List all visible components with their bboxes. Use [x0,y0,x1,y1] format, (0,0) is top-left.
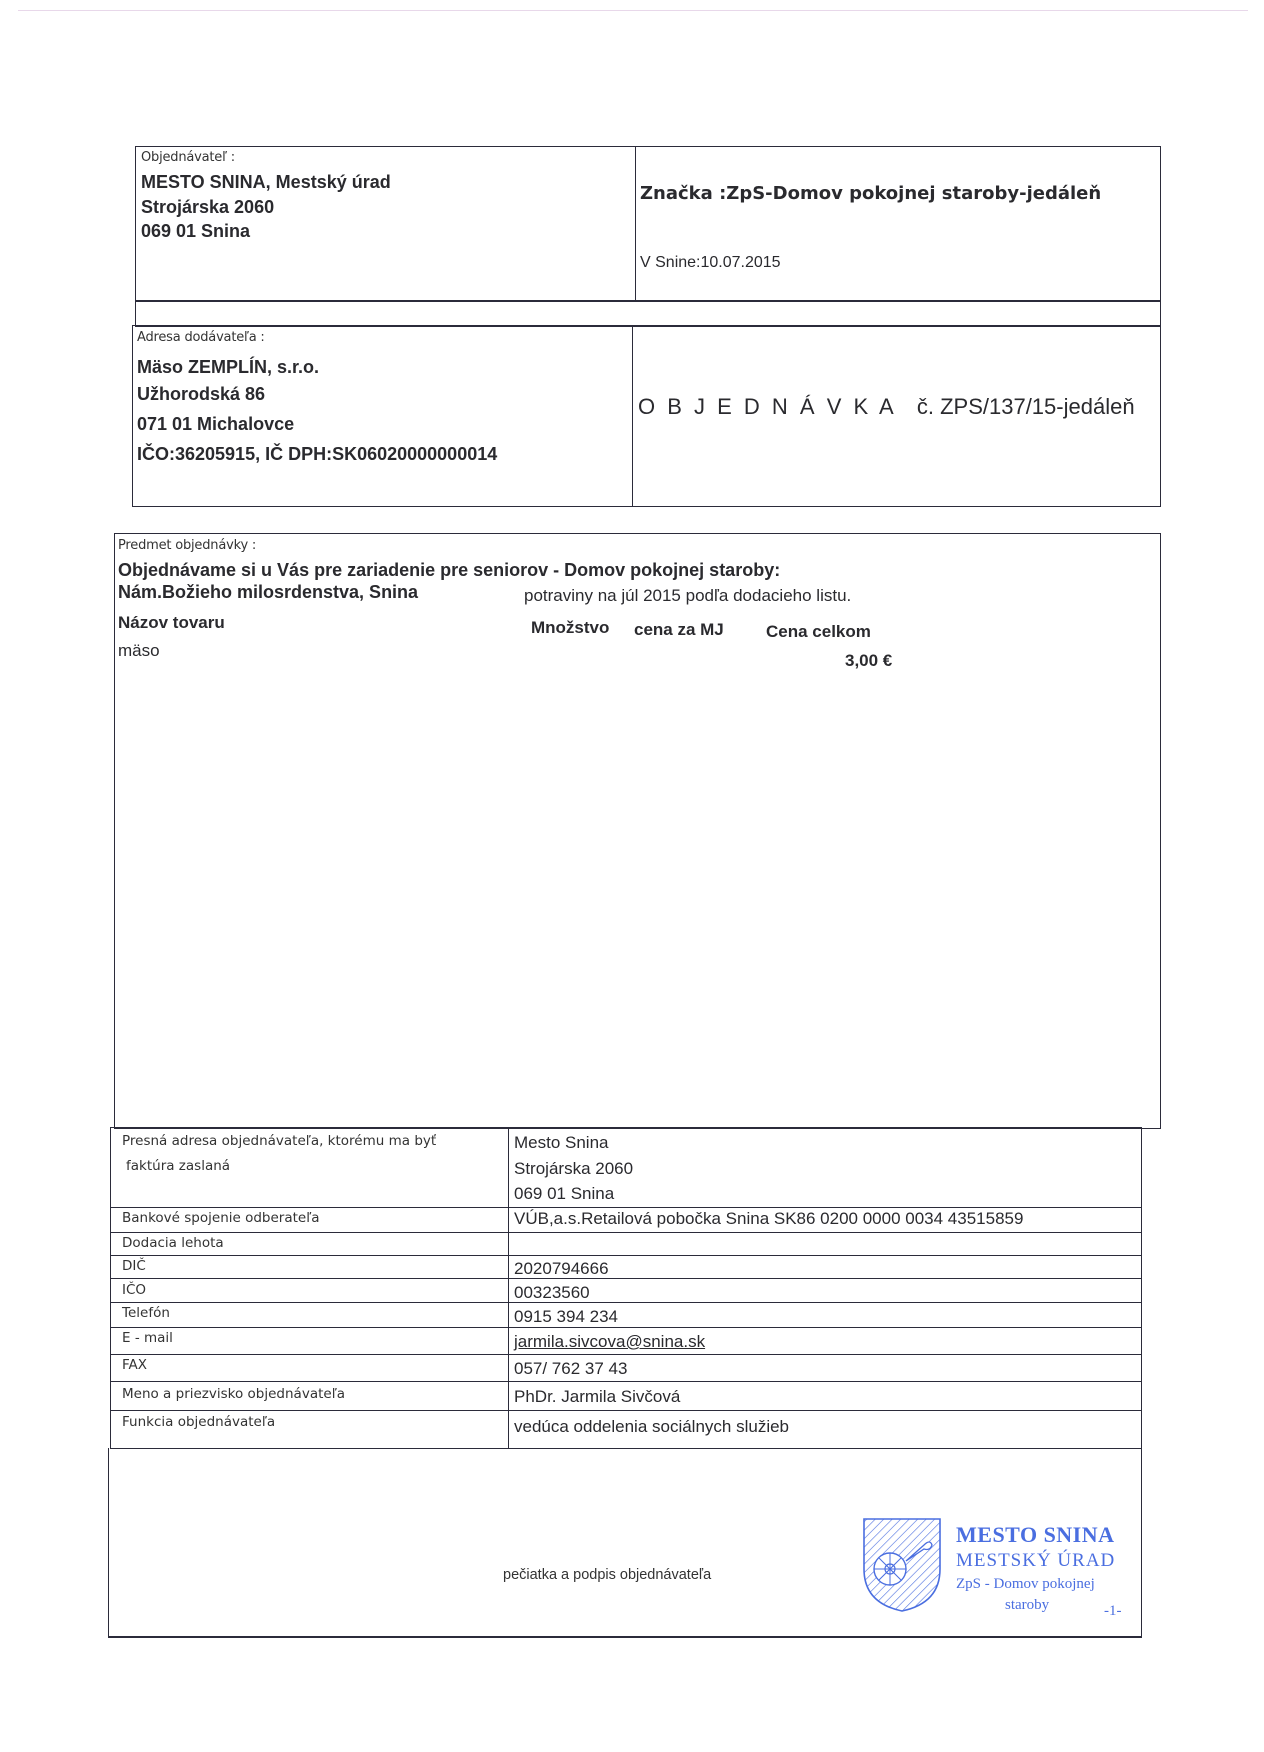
place-date: V Snine:10.07.2015 [640,254,781,272]
coat-of-arms-icon [862,1515,942,1613]
ico-label: IČO [122,1282,146,1298]
order-number: č. ZPS/137/15-jedáleň [917,394,1135,419]
stamp-line4: staroby [1005,1597,1049,1614]
subject-line2-right: potraviny na júl 2015 podľa dodacieho li… [524,586,851,606]
orderer-person-value: PhDr. Jarmila Sivčová [514,1387,680,1407]
supplier-city: 071 01 Michalovce [137,414,294,435]
order-title-spaced: O B J E D N Á V K A [638,394,897,419]
supplier-label: Adresa dodávateľa : [137,330,265,345]
row-sep [111,1410,1141,1411]
row-sep [111,1354,1141,1355]
stamp: MESTO SNINA MESTSKÝ ÚRAD ZpS - Domov pok… [862,1515,1132,1625]
phone-value: 0915 394 234 [514,1307,618,1327]
supplier-street: Užhorodská 86 [137,384,265,405]
invoice-address-label: Presná adresa objednávateľa, ktorému ma … [122,1133,436,1149]
dic-label: DIČ [122,1258,146,1274]
supplier-divider [632,326,633,506]
invoice-address-line3: 069 01 Snina [514,1184,614,1204]
phone-label: Telefón [122,1305,170,1321]
bank-label: Bankové spojenie odberateľa [122,1210,320,1226]
separator-band [135,300,1161,327]
email-label: E - mail [122,1330,173,1346]
orderer-city: 069 01 Snina [141,221,250,242]
scan-edge-line [18,10,1248,11]
orderer-function-label: Funkcia objednávateľa [122,1414,275,1430]
item-name: mäso [118,641,160,661]
dic-value: 2020794666 [514,1259,609,1279]
column-total: Cena celkom [766,622,871,642]
row-sep [111,1381,1141,1382]
subject-label: Predmet objednávky : [118,538,256,553]
orderer-street: Strojárska 2060 [141,197,274,218]
orderer-box [135,146,1161,302]
subject-line1: Objednávame si u Vás pre zariadenie pre … [118,560,780,581]
orderer-divider [635,147,636,301]
orderer-name: MESTO SNINA, Mestský úrad [141,172,391,193]
row-sep [111,1278,1141,1279]
orderer-function-value: vedúca oddelenia sociálnych služieb [514,1417,789,1437]
fax-value: 057/ 762 37 43 [514,1359,627,1379]
stamp-line1: MESTO SNINA [956,1522,1115,1548]
bank-value: VÚB,a.s.Retailová pobočka Snina SK86 020… [514,1209,1023,1229]
email-link[interactable]: jarmila.sivcova@snina.sk [514,1332,705,1352]
row-sep [111,1207,1141,1208]
order-mark: Značka :ZpS-Domov pokojnej staroby-jedál… [640,183,1101,204]
delivery-term-label: Dodacia lehota [122,1235,224,1251]
subject-line2-left: Nám.Božieho milosrdenstva, Snina [118,582,418,603]
orderer-person-label: Meno a priezvisko objednávateľa [122,1386,345,1402]
row-sep [111,1302,1141,1303]
stamp-line3: ZpS - Domov pokojnej [956,1576,1095,1593]
row-sep [111,1255,1141,1256]
invoice-address-line1: Mesto Snina [514,1133,609,1153]
column-unit-price: cena za MJ [634,620,724,640]
info-table-divider [508,1128,509,1448]
row-sep [111,1327,1141,1328]
ico-value: 00323560 [514,1283,590,1303]
stamp-line2: MESTSKÝ ÚRAD [956,1550,1115,1572]
supplier-name: Mäso ZEMPLÍN, s.r.o. [137,357,319,378]
invoice-address-label-2: faktúra zaslaná [126,1158,230,1174]
order-title: O B J E D N Á V K A č. ZPS/137/15-jedále… [638,394,1135,420]
signature-bottom-line [108,1636,1142,1638]
column-quantity: Množstvo [531,618,609,638]
invoice-address-line2: Strojárska 2060 [514,1159,633,1179]
row-sep [111,1232,1141,1233]
stamp-number: -1- [1104,1603,1122,1620]
column-item: Názov tovaru [118,613,225,633]
orderer-label: Objednávateľ : [141,150,235,165]
fax-label: FAX [122,1357,147,1373]
supplier-ids: IČO:36205915, IČ DPH:SK06020000000014 [137,444,497,465]
signature-caption: pečiatka a podpis objednávateľa [503,1567,711,1583]
item-total: 3,00 € [845,651,892,671]
